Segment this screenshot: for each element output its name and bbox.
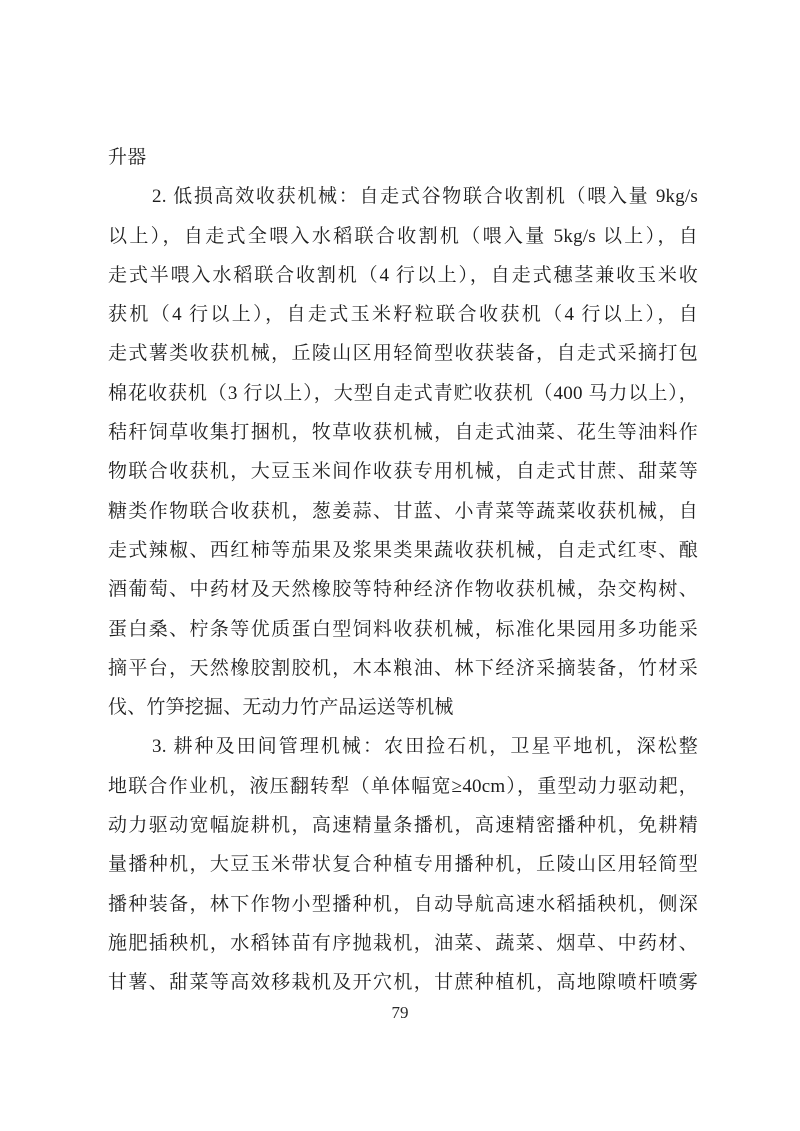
document-page: 升器 2. 低损高效收获机械：自走式谷物联合收割机（喂入量 9kg/s 以上），… <box>0 0 800 1131</box>
page-number: 79 <box>0 1001 800 1025</box>
text-line: 量播种机，大豆玉米带状复合种植专用播种机，丘陵山区用轻简型 <box>108 845 698 884</box>
text-line: 摘平台，天然橡胶割胶机，木本粮油、林下经济采摘装备，竹材采 <box>108 649 698 688</box>
text-line: 棉花收获机（3 行以上），大型自走式青贮收获机（400 马力以上）， <box>108 374 698 413</box>
text-line: 施肥插秧机，水稻钵苗有序抛栽机，油菜、蔬菜、烟草、中药材、 <box>108 924 698 963</box>
text-line: 3. 耕种及田间管理机械：农田捡石机，卫星平地机，深松整 <box>108 727 698 766</box>
document-body-text: 升器 2. 低损高效收获机械：自走式谷物联合收割机（喂入量 9kg/s 以上），… <box>108 138 698 1003</box>
text-line: 动力驱动宽幅旋耕机，高速精量条播机，高速精密播种机，免耕精 <box>108 806 698 845</box>
text-line: 蛋白桑、柠条等优质蛋白型饲料收获机械，标准化果园用多功能采 <box>108 610 698 649</box>
text-line: 获机（4 行以上），自走式玉米籽粒联合收获机（4 行以上），自 <box>108 295 698 334</box>
text-line: 走式半喂入水稻联合收割机（4 行以上），自走式穗茎兼收玉米收 <box>108 256 698 295</box>
text-line: 2. 低损高效收获机械：自走式谷物联合收割机（喂入量 9kg/s <box>108 177 698 216</box>
text-line: 酒葡萄、中药材及天然橡胶等特种经济作物收获机械，杂交构树、 <box>108 570 698 609</box>
text-line: 甘薯、甜菜等高效移栽机及开穴机，甘蔗种植机，高地隙喷杆喷雾 <box>108 963 698 1002</box>
text-line: 伐、竹笋挖掘、无动力竹产品运送等机械 <box>108 688 698 727</box>
text-line: 物联合收获机，大豆玉米间作收获专用机械，自走式甘蔗、甜菜等 <box>108 452 698 491</box>
text-line: 秸秆饲草收集打捆机，牧草收获机械，自走式油菜、花生等油料作 <box>108 413 698 452</box>
text-line: 糖类作物联合收获机，葱姜蒜、甘蓝、小青菜等蔬菜收获机械，自 <box>108 492 698 531</box>
text-line: 走式薯类收获机械，丘陵山区用轻简型收获装备，自走式采摘打包 <box>108 334 698 373</box>
text-line: 以上），自走式全喂入水稻联合收割机（喂入量 5kg/s 以上），自 <box>108 217 698 256</box>
text-line: 地联合作业机，液压翻转犁（单体幅宽≥40cm），重型动力驱动耙， <box>108 767 698 806</box>
text-line: 升器 <box>108 138 698 177</box>
text-line: 走式辣椒、西红柿等茄果及浆果类果蔬收获机械，自走式红枣、酿 <box>108 531 698 570</box>
text-line: 播种装备，林下作物小型播种机，自动导航高速水稻插秧机，侧深 <box>108 885 698 924</box>
